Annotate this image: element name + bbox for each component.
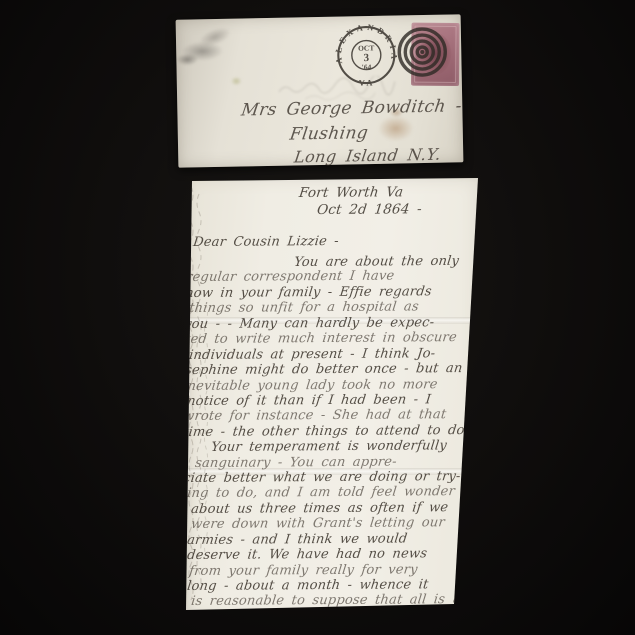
letter-line: is reasonable to suppose that all is g- [190, 592, 466, 609]
envelope: ALEXANDRIA VA OCT 3 '64 Mrs George Bowdi… [176, 14, 464, 167]
letter-line: wrote for instance - She had at that [182, 407, 447, 424]
letter-heading-place: Fort Worth Va [298, 184, 404, 201]
letter-line: ing to do, and I am told feel wonder [186, 484, 456, 501]
letter-line: deserve it. We have had no news [186, 546, 428, 563]
paper-stain [377, 115, 413, 142]
letter-line: sephine might do better once - but an [184, 361, 463, 378]
letter-line: long - about a month - whence it [186, 577, 429, 594]
letter-line: inevitable young lady took no more [182, 377, 438, 394]
address-line-1: Mrs George Bowditch - [240, 96, 463, 120]
letter-heading-date: Oct 2d 1864 - [316, 201, 423, 218]
letter-line: notice of it than if I had been - I [186, 392, 432, 409]
letter-line: sanguinary - You can appre- [194, 455, 397, 471]
letter-line: You are about the only [293, 254, 460, 270]
letter-line: armies - and I think we would [186, 531, 408, 548]
postmark-state-text: VA [359, 77, 375, 87]
letter-line: you - - Many can hardly be expec- [183, 315, 435, 332]
target-cancel-icon [392, 21, 453, 82]
letter-line: individuals at present - I think Jo- [188, 346, 436, 363]
letter-line: ted to write much interest in obscure [184, 330, 457, 347]
letter-line: now in your family - Effie regards [184, 284, 432, 301]
address-line-2: Flushing [288, 123, 369, 145]
paper-stain [231, 76, 242, 85]
letter-line: from your family really for very [188, 562, 418, 579]
letter-salutation: Dear Cousin Lizzie - [192, 234, 339, 250]
photo-backdrop: ALEXANDRIA VA OCT 3 '64 Mrs George Bowdi… [0, 0, 635, 635]
letter-line: Your temperament is wonderfully [210, 438, 447, 455]
letter-line: about us three times as often if we [190, 500, 449, 517]
letter-line: regular correspondent I have [185, 269, 395, 285]
ink-smudge [176, 53, 198, 65]
address-line-3: Long Island N.Y. [293, 145, 442, 167]
postmark-year-text: '64 [362, 62, 372, 71]
letter-line: things so unfit for a hospital as [188, 299, 419, 316]
letter-sheet: Fort Worth Va Oct 2d 1864 - Dear Cousin … [182, 176, 480, 618]
letter-line: were down with Grant's letting our [190, 515, 445, 532]
